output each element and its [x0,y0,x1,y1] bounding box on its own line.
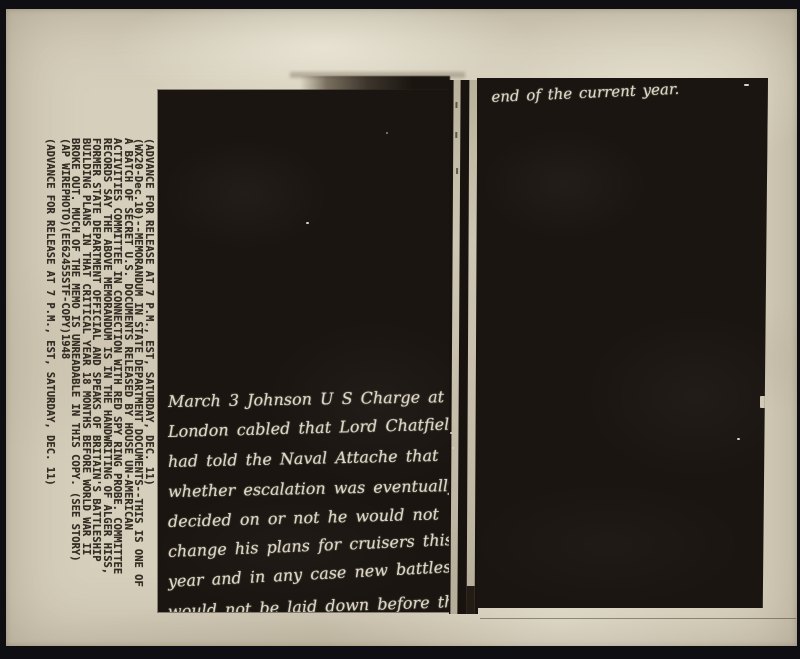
caption-line: (WX20-Dec.10)--MEMORANDUM IN STATE DEPAR… [133,138,144,646]
transmission-mark [455,102,457,108]
caption-line: FORMER STATE DEPARTMENT OFFICIAL AND SPE… [91,138,102,646]
transmission-mark [456,168,458,174]
dust-speck [386,132,388,134]
caption-line: ACTIVITIES COMMITTEE IN CONNECTION WITH … [112,138,123,646]
dust-speck [450,432,452,434]
memo-page-left: March 3 Johnson U S Charge at London cab… [158,90,449,612]
page-edge-strip [450,80,460,614]
caption-line: RECORDS SAY THE ABOVE MEMORANDUM IS IN T… [102,138,113,646]
dust-speck [306,222,309,224]
memo-page-right: end of the current year. [477,78,768,608]
page-gap [449,80,478,614]
caption-line: BUILDING PLANS IN THAT CRITICAL YEAR 18 … [81,138,92,646]
handwriting-block: March 3 Johnson U S Charge at London cab… [168,387,446,612]
caption-line: A BATCH OF SECRET U.S. DOCUMENTS RELEASE… [123,138,134,646]
caption-line: BROKE OUT. MUCH OF THE MEMO IS UNREADABL… [70,138,81,646]
crease-line [480,618,796,619]
photo-print: (ADVANCE FOR RELEASE AT 7 P.M., EST, SAT… [6,9,797,646]
edge-notch [760,396,768,408]
dust-speck [744,84,749,86]
caption-line: (ADVANCE FOR RELEASE AT 7 P.M., EST, SAT… [45,138,56,646]
caption-line: (AP WIREPHOTO)(EE62455STF-COPY)1948 [60,138,71,646]
film-grain [477,78,768,608]
caption-line: (ADVANCE FOR RELEASE AT 7 P.M., EST, SAT… [144,138,155,646]
caption-strip: (ADVANCE FOR RELEASE AT 7 P.M., EST, SAT… [44,138,154,646]
dust-speck [452,447,454,449]
page-edge-strip [467,80,478,614]
dust-speck [737,438,740,440]
handwriting-line: end of the current year. [491,78,722,106]
transmission-mark [455,132,457,138]
wirephoto-scan: (ADVANCE FOR RELEASE AT 7 P.M., EST, SAT… [0,0,800,659]
